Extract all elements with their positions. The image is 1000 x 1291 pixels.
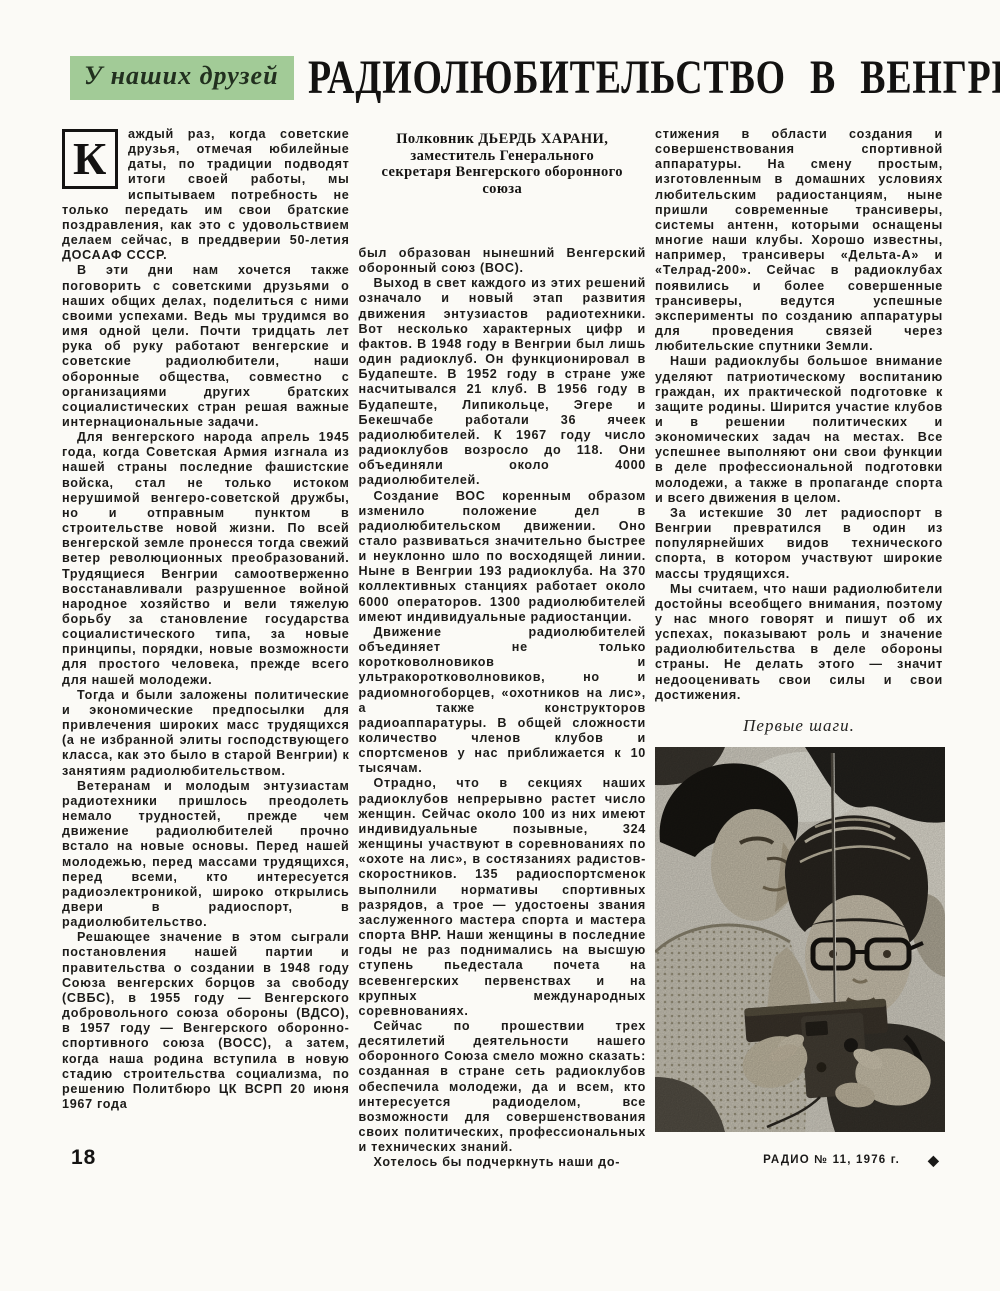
paragraph: Мы считаем, что наши радиолюбители досто… bbox=[655, 582, 943, 703]
photo-caption: Первые шаги. bbox=[655, 716, 943, 736]
author-block: Полковник ДЬЕРДЬ ХАРАНИ, заместитель Ген… bbox=[359, 131, 647, 197]
first-steps-photo-illustration bbox=[655, 747, 945, 1132]
dropcap-letter-box: К bbox=[62, 129, 118, 189]
footer-issue-line: РАДИО № 11, 1976 г. ◆ bbox=[763, 1153, 940, 1167]
article-body: Каждый раз, когда советские друзья, отме… bbox=[62, 127, 943, 1171]
author-line: секретаря Венгерского оборонного bbox=[359, 164, 647, 181]
column-3: стижения в области создания и совершенст… bbox=[655, 127, 943, 1171]
paragraph: стижения в области создания и совершенст… bbox=[655, 127, 943, 354]
paragraph: Тогда и были заложены политические и эко… bbox=[62, 688, 350, 779]
paragraph: В эти дни нам хочется также поговорить с… bbox=[62, 263, 350, 430]
first-steps-photo bbox=[655, 747, 945, 1132]
paragraph: Отрадно, что в секциях наших радиоклубов… bbox=[359, 776, 647, 1019]
page-title: РАДИОЛЮБИТЕЛЬСТВО В ВЕНГРИИ bbox=[308, 50, 1000, 105]
page-number: 18 bbox=[71, 1146, 96, 1170]
author-line: союза bbox=[359, 181, 647, 198]
paragraph: Ветеранам и молодым энтузиастам радиотех… bbox=[62, 779, 350, 931]
paragraph: Для венгерского народа апрель 1945 года,… bbox=[62, 430, 350, 688]
diamond-icon: ◆ bbox=[928, 1153, 940, 1167]
paragraph: был образован нынешний Венгерский оборон… bbox=[359, 246, 647, 276]
paragraph: Движение радиолюбителей объединяет не то… bbox=[359, 625, 647, 777]
rubric-label-text: У наших друзей bbox=[84, 61, 279, 90]
paragraph: Хотелось бы подчеркнуть наши до- bbox=[359, 1155, 647, 1170]
paragraph: Наши радиоклубы большое внимание уделяют… bbox=[655, 354, 943, 506]
issue-label: РАДИО № 11, 1976 г. bbox=[763, 1154, 900, 1166]
paragraph: Создание ВОС коренным образом изменило п… bbox=[359, 489, 647, 625]
column-1: Каждый раз, когда советские друзья, отме… bbox=[62, 127, 350, 1171]
author-line: заместитель Генерального bbox=[359, 148, 647, 165]
paragraph: Выход в свет каждого из этих решений озн… bbox=[359, 276, 647, 488]
rubric-label: У наших друзей bbox=[70, 56, 294, 100]
paragraph: За истекшие 30 лет радиоспорт в Венгрии … bbox=[655, 506, 943, 582]
paragraph: Решающее значение в этом сыграли постано… bbox=[62, 930, 350, 1112]
dropcap-letter: К bbox=[73, 136, 107, 182]
paragraph: Каждый раз, когда советские друзья, отме… bbox=[62, 127, 350, 263]
column-2: Полковник ДЬЕРДЬ ХАРАНИ, заместитель Ген… bbox=[359, 127, 647, 1171]
page-header: У наших друзей РАДИОЛЮБИТЕЛЬСТВО В ВЕНГР… bbox=[70, 52, 944, 103]
author-line: Полковник ДЬЕРДЬ ХАРАНИ, bbox=[359, 131, 647, 148]
paragraph: Сейчас по прошествии трех десятилетий де… bbox=[359, 1019, 647, 1155]
magazine-page: У наших друзей РАДИОЛЮБИТЕЛЬСТВО В ВЕНГР… bbox=[0, 0, 1000, 1291]
